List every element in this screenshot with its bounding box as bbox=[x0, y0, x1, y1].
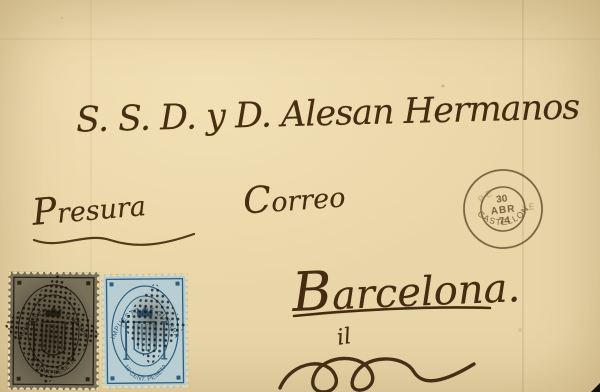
photo-corner-speck bbox=[591, 383, 600, 392]
postmark-side-fragment: E bbox=[528, 202, 534, 212]
cover-photo: S. S. D. y D. Alesan Hermanos Presura Co… bbox=[0, 0, 600, 392]
postmark-cds: PE CASTELLON 30 ABR 74 E bbox=[451, 157, 556, 262]
stamp-war-tax-5c: IMPUESTO DE GUERRA 5 CENT. PESETA bbox=[8, 272, 100, 391]
postmark-year: 74 bbox=[498, 215, 511, 227]
sender-note: Presura bbox=[30, 181, 147, 234]
route-note: Correo bbox=[242, 172, 347, 222]
fold-line-horizontal bbox=[0, 38, 600, 40]
small-handwritten-mark: il bbox=[335, 324, 352, 351]
address-line: S. S. D. y D. Alesan Hermanos bbox=[76, 87, 580, 140]
signature-flourish bbox=[278, 346, 478, 392]
destination-city: Barcelona. bbox=[291, 251, 521, 324]
stamp-war-tax-10c: IMPUESTO DE GUERRA 10 CENT. PESETA bbox=[101, 274, 188, 389]
